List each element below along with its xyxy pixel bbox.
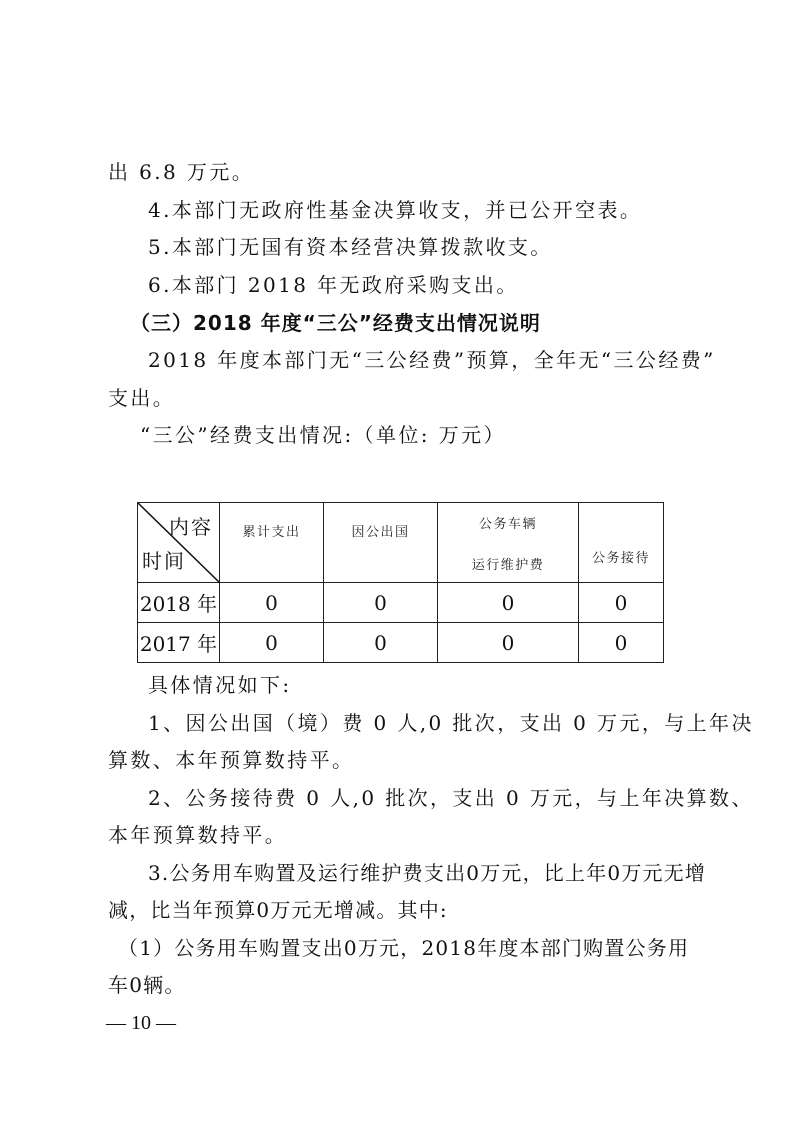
body-line-p5: 具体情况如下: <box>148 673 292 697</box>
body-line-p3: 6.本部门 2018 年无政府采购支出。 <box>148 273 519 297</box>
body-line-p7a: 2、公务接待费 0 人,0 批次，支出 0 万元，与上年决算数、 <box>148 786 754 810</box>
cell-value: 0 <box>220 583 324 623</box>
body-line-p6a: 1、因公出国（境）费 0 人,0 批次，支出 0 万元，与上年决 <box>148 711 754 735</box>
body-line-p0: 出 6.8 万元。 <box>108 160 254 184</box>
body-line-p7b: 本年预算数持平。 <box>108 823 287 847</box>
header-vehicle: 公务车辆 运行维护费 <box>438 503 579 583</box>
body-line-p8a: 3.公务用车购置及运行维护费支出0万元，比上年0万元无增 <box>148 861 706 885</box>
page-number: — 10 — <box>106 1012 176 1035</box>
corner-label-time: 时间 <box>142 545 186 574</box>
body-line-p4a: 2018 年度本部门无“三公经费”预算，全年无“三公经费” <box>148 348 716 372</box>
corner-header-cell: 内容 时间 <box>138 503 220 583</box>
cell-value: 0 <box>220 623 324 663</box>
row-year: 2017 年 <box>138 623 220 663</box>
header-reception: 公务接待 <box>579 503 664 583</box>
table-row: 2018 年 0 0 0 0 <box>138 583 664 623</box>
table-row: 2017 年 0 0 0 0 <box>138 623 664 663</box>
header-overseas: 因公出国 <box>324 503 438 583</box>
body-line-p9b: 车0辆。 <box>108 973 186 997</box>
body-line-p8b: 减，比当年预算0万元无增减。其中: <box>108 898 448 922</box>
cell-value: 0 <box>438 623 579 663</box>
body-line-p1: 4.本部门无政府性基金决算收支，并已公开空表。 <box>148 198 642 222</box>
row-year: 2018 年 <box>138 583 220 623</box>
table-caption: “三公”经费支出情况:（单位: 万元） <box>140 423 506 447</box>
cell-value: 0 <box>324 583 438 623</box>
body-line-p9a: （1）公务用车购置支出0万元，2018年度本部门购置公务用 <box>118 936 689 960</box>
cell-value: 0 <box>324 623 438 663</box>
cell-value: 0 <box>579 583 664 623</box>
cell-value: 0 <box>438 583 579 623</box>
corner-label-content: 内容 <box>169 511 213 540</box>
section-heading: （三）2018 年度“三公”经费支出情况说明 <box>130 311 541 335</box>
body-line-p6b: 算数、本年预算数持平。 <box>108 748 354 772</box>
body-line-p4b: 支出。 <box>108 386 175 410</box>
header-cumulative: 累计支出 <box>220 503 324 583</box>
table-header-row: 内容 时间 累计支出 因公出国 公务车辆 运行维护费 公务接待 <box>138 503 664 583</box>
sangong-expense-table: 内容 时间 累计支出 因公出国 公务车辆 运行维护费 公务接待 2018 年 0… <box>137 502 664 663</box>
cell-value: 0 <box>579 623 664 663</box>
body-line-p2: 5.本部门无国有资本经营决算拨款收支。 <box>148 235 553 259</box>
